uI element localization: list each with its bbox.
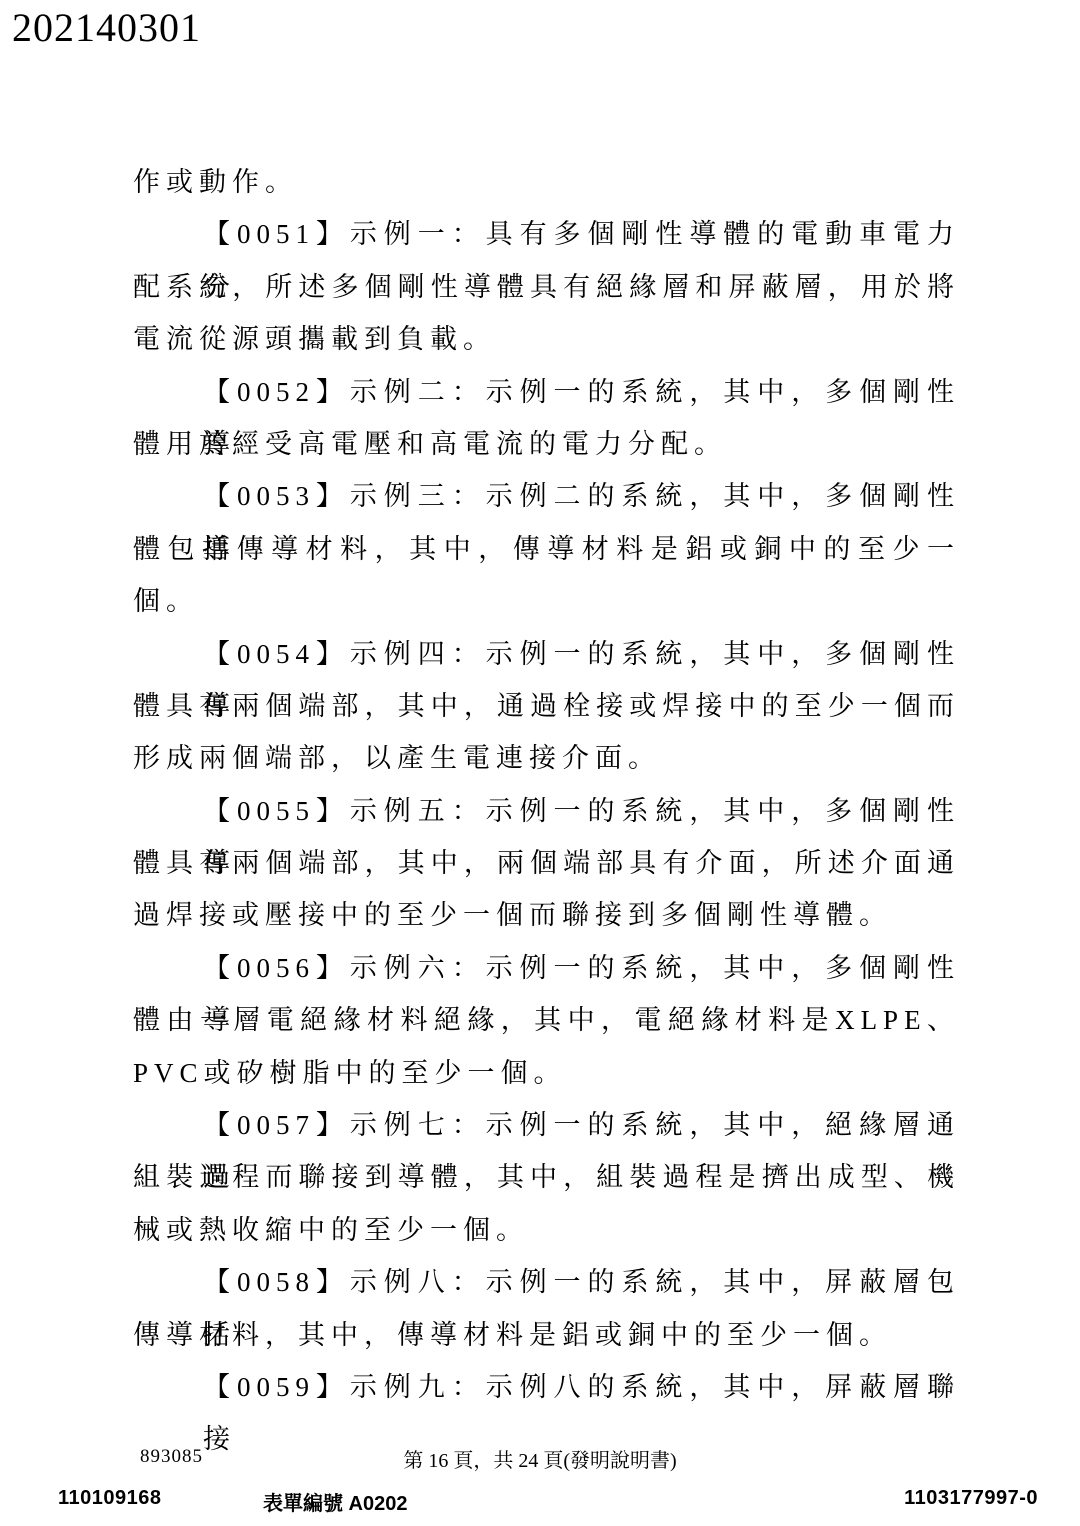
application-number: 110109168 — [58, 1487, 162, 1510]
text-line: 【0058】示例八：示例一的系統，其中，屏蔽層包括 — [133, 1256, 960, 1308]
text-line: 傳導材料，其中，傳導材料是鋁或銅中的至少一個。 — [133, 1309, 960, 1361]
footer-row-1: 第 16 頁，共 24 頁(發明說明書) 893085 — [0, 1444, 1080, 1472]
text-line: 過焊接或壓接中的至少一個而聯接到多個剛性導體。 — [133, 889, 960, 941]
document-code: 1103177997-0 — [904, 1487, 1038, 1510]
text-line: 個。 — [133, 575, 960, 627]
text-line: 【0056】示例六：示例一的系統，其中，多個剛性導 — [133, 942, 960, 994]
text-line: 【0051】示例一：具有多個剛性導體的電動車電力分 — [133, 208, 960, 260]
text-line: 【0053】示例三：示例二的系統，其中，多個剛性導 — [133, 470, 960, 522]
text-line: 【0059】示例九：示例八的系統，其中，屏蔽層聯接 — [133, 1361, 960, 1413]
text-line: 體包括傳導材料，其中，傳導材料是鋁或銅中的至少一 — [133, 523, 960, 575]
text-line: 組裝過程而聯接到導體，其中，組裝過程是擠出成型、機 — [133, 1151, 960, 1203]
text-line: 體具有兩個端部，其中，兩個端部具有介面，所述介面通 — [133, 837, 960, 889]
footer-row-2: 110109168 表單編號 A0202 1103177997-0 — [0, 1487, 1080, 1513]
form-number: 表單編號 A0202 — [263, 1487, 408, 1516]
text-line: 體由一層電絕緣材料絕緣，其中，電絕緣材料是XLPE、 — [133, 994, 960, 1046]
text-line: 形成兩個端部，以產生電連接介面。 — [133, 732, 960, 784]
text-line: 【0054】示例四：示例一的系統，其中，多個剛性導 — [133, 628, 960, 680]
patent-document-page: 202140301 作或動作。【0051】示例一：具有多個剛性導體的電動車電力分… — [0, 0, 1080, 1526]
text-line: 械或熱收縮中的至少一個。 — [133, 1204, 960, 1256]
document-serial: 893085 — [140, 1446, 203, 1468]
text-line: 體具有兩個端部，其中，通過栓接或焊接中的至少一個而 — [133, 680, 960, 732]
specification-body: 作或動作。【0051】示例一：具有多個剛性導體的電動車電力分配系統，所述多個剛性… — [133, 156, 960, 1413]
text-line: 【0055】示例五：示例一的系統，其中，多個剛性導 — [133, 785, 960, 837]
publication-number: 202140301 — [12, 4, 201, 51]
text-line: 配系統，所述多個剛性導體具有絕緣層和屏蔽層，用於將 — [133, 261, 960, 313]
text-line: 【0057】示例七：示例一的系統，其中，絕緣層通過 — [133, 1099, 960, 1151]
text-line: PVC或矽樹脂中的至少一個。 — [133, 1047, 960, 1099]
text-line: 【0052】示例二：示例一的系統，其中，多個剛性導 — [133, 366, 960, 418]
text-line: 體用於經受高電壓和高電流的電力分配。 — [133, 418, 960, 470]
text-line: 作或動作。 — [133, 156, 960, 208]
text-line: 電流從源頭攜載到負載。 — [133, 313, 960, 365]
